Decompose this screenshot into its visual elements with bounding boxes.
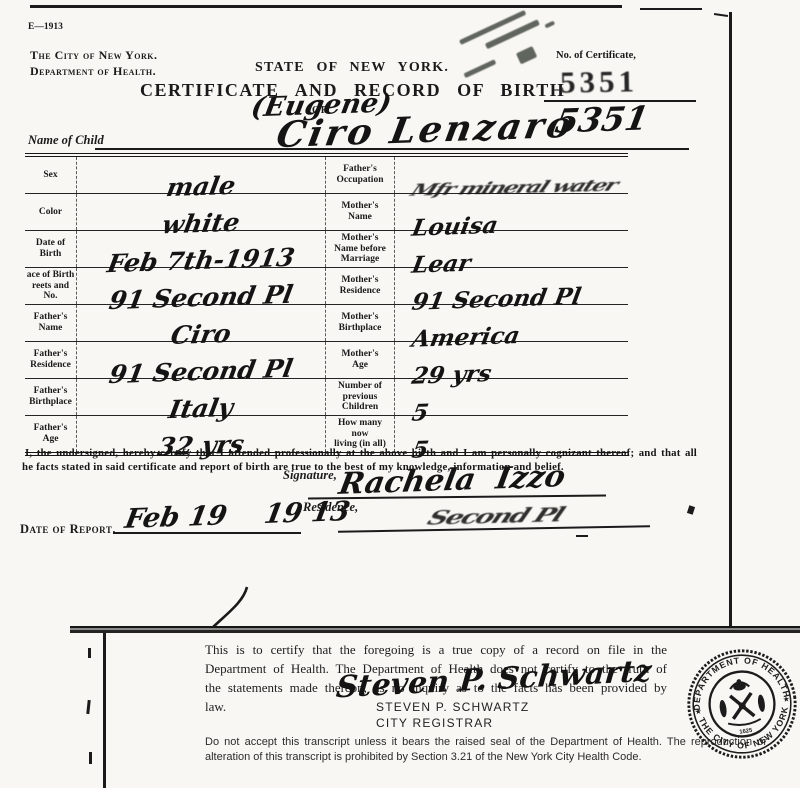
birth-record-table: Sex male Father's Occupation Mfr mineral… — [25, 153, 628, 456]
transcript-warning-text: Do not accept this transcript unless it … — [205, 735, 767, 764]
row-label-right: Father's Occupation — [325, 157, 395, 193]
scan-left-artifact — [89, 752, 92, 764]
table-row: Color white Mother's Name Louisa — [25, 194, 628, 231]
certificate-number-stamped: 5351 — [560, 63, 639, 100]
scanned-birth-certificate: E—1913 The City of New York. Department … — [0, 0, 800, 788]
row-label-right: Mother's Name — [325, 194, 395, 230]
table-row: Date of Birth Feb 7th-1913 Mother's Name… — [25, 231, 628, 268]
signature-label: Signature, — [283, 468, 337, 483]
row-label-left: Father's Residence — [25, 342, 77, 378]
row-label-left: Father's Name — [25, 305, 77, 341]
scan-left-artifact — [88, 648, 91, 658]
row-label-right: Mother's Name before Marriage — [325, 231, 395, 267]
seal-coat-of-arms: 1625 — [716, 676, 769, 738]
windmill-hub-icon — [738, 702, 746, 710]
transcript-box-left-border — [103, 633, 106, 788]
date-of-report-label: Date of Report. — [20, 522, 116, 537]
right-figure-icon — [757, 694, 766, 712]
row-label-left: Sex — [25, 157, 77, 193]
table-row: Father's Birthplace Italy Number of prev… — [25, 379, 628, 416]
residence-handwritten: Second Pl — [424, 503, 655, 528]
row-label-left: ace of Birth reets and No. — [25, 268, 77, 304]
scan-top-edge-dash — [714, 13, 728, 17]
row-label-left: Color — [25, 194, 77, 230]
city-line: The City of New York. — [30, 48, 158, 63]
attestation-line-1: I, the undersigned, hereby certify that … — [25, 447, 697, 459]
row-label-left: Date of Birth — [25, 231, 77, 267]
name-of-child-handwritten: Ciro Lenzaro — [274, 107, 577, 153]
form-code: E—1913 — [28, 22, 63, 32]
ground-scroll-icon — [728, 719, 761, 727]
table-row: Father's Residence 91 Second Pl Mother's… — [25, 342, 628, 379]
seal-right-star-icon: ★ — [782, 694, 790, 704]
scan-left-artifact — [86, 700, 90, 714]
name-of-child-label: Name of Child — [28, 133, 104, 148]
row-label-right: Mother's Age — [325, 342, 395, 378]
scan-top-edge-line-2 — [640, 8, 702, 10]
seal-left-star-icon: ★ — [694, 707, 702, 717]
table-row: Sex male Father's Occupation Mfr mineral… — [25, 157, 628, 194]
table-row: Father's Name Ciro Mother's Birthplace A… — [25, 305, 628, 342]
row-label-right: Number of previous Children — [325, 379, 395, 415]
stray-mark — [687, 505, 695, 514]
date-of-report-handwritten: Feb 19 19 13 — [123, 498, 352, 533]
row-label-right: Mother's Birthplace — [325, 305, 395, 341]
dept-line: Department of Health. — [30, 64, 156, 79]
state-line: STATE OF NEW YORK. — [255, 60, 449, 76]
table-row: ace of Birth reets and No. 91 Second Pl … — [25, 268, 628, 305]
row-label-left: Father's Birthplace — [25, 379, 77, 415]
left-figure-icon — [719, 700, 728, 718]
signature-handwritten: Rachela Izzo — [337, 462, 568, 500]
stray-mark — [576, 535, 588, 537]
registrar-printed-name: STEVEN P. SCHWARTZ — [376, 700, 529, 714]
department-of-health-seal: DEPARTMENT OF HEALTH THE CITY OF NEW YOR… — [676, 638, 800, 769]
row-label-right: Mother's Residence — [325, 268, 395, 304]
scan-right-edge-line — [729, 12, 732, 627]
transcript-box-top-border — [70, 626, 800, 633]
registrar-title: CITY REGISTRAR — [376, 716, 493, 730]
